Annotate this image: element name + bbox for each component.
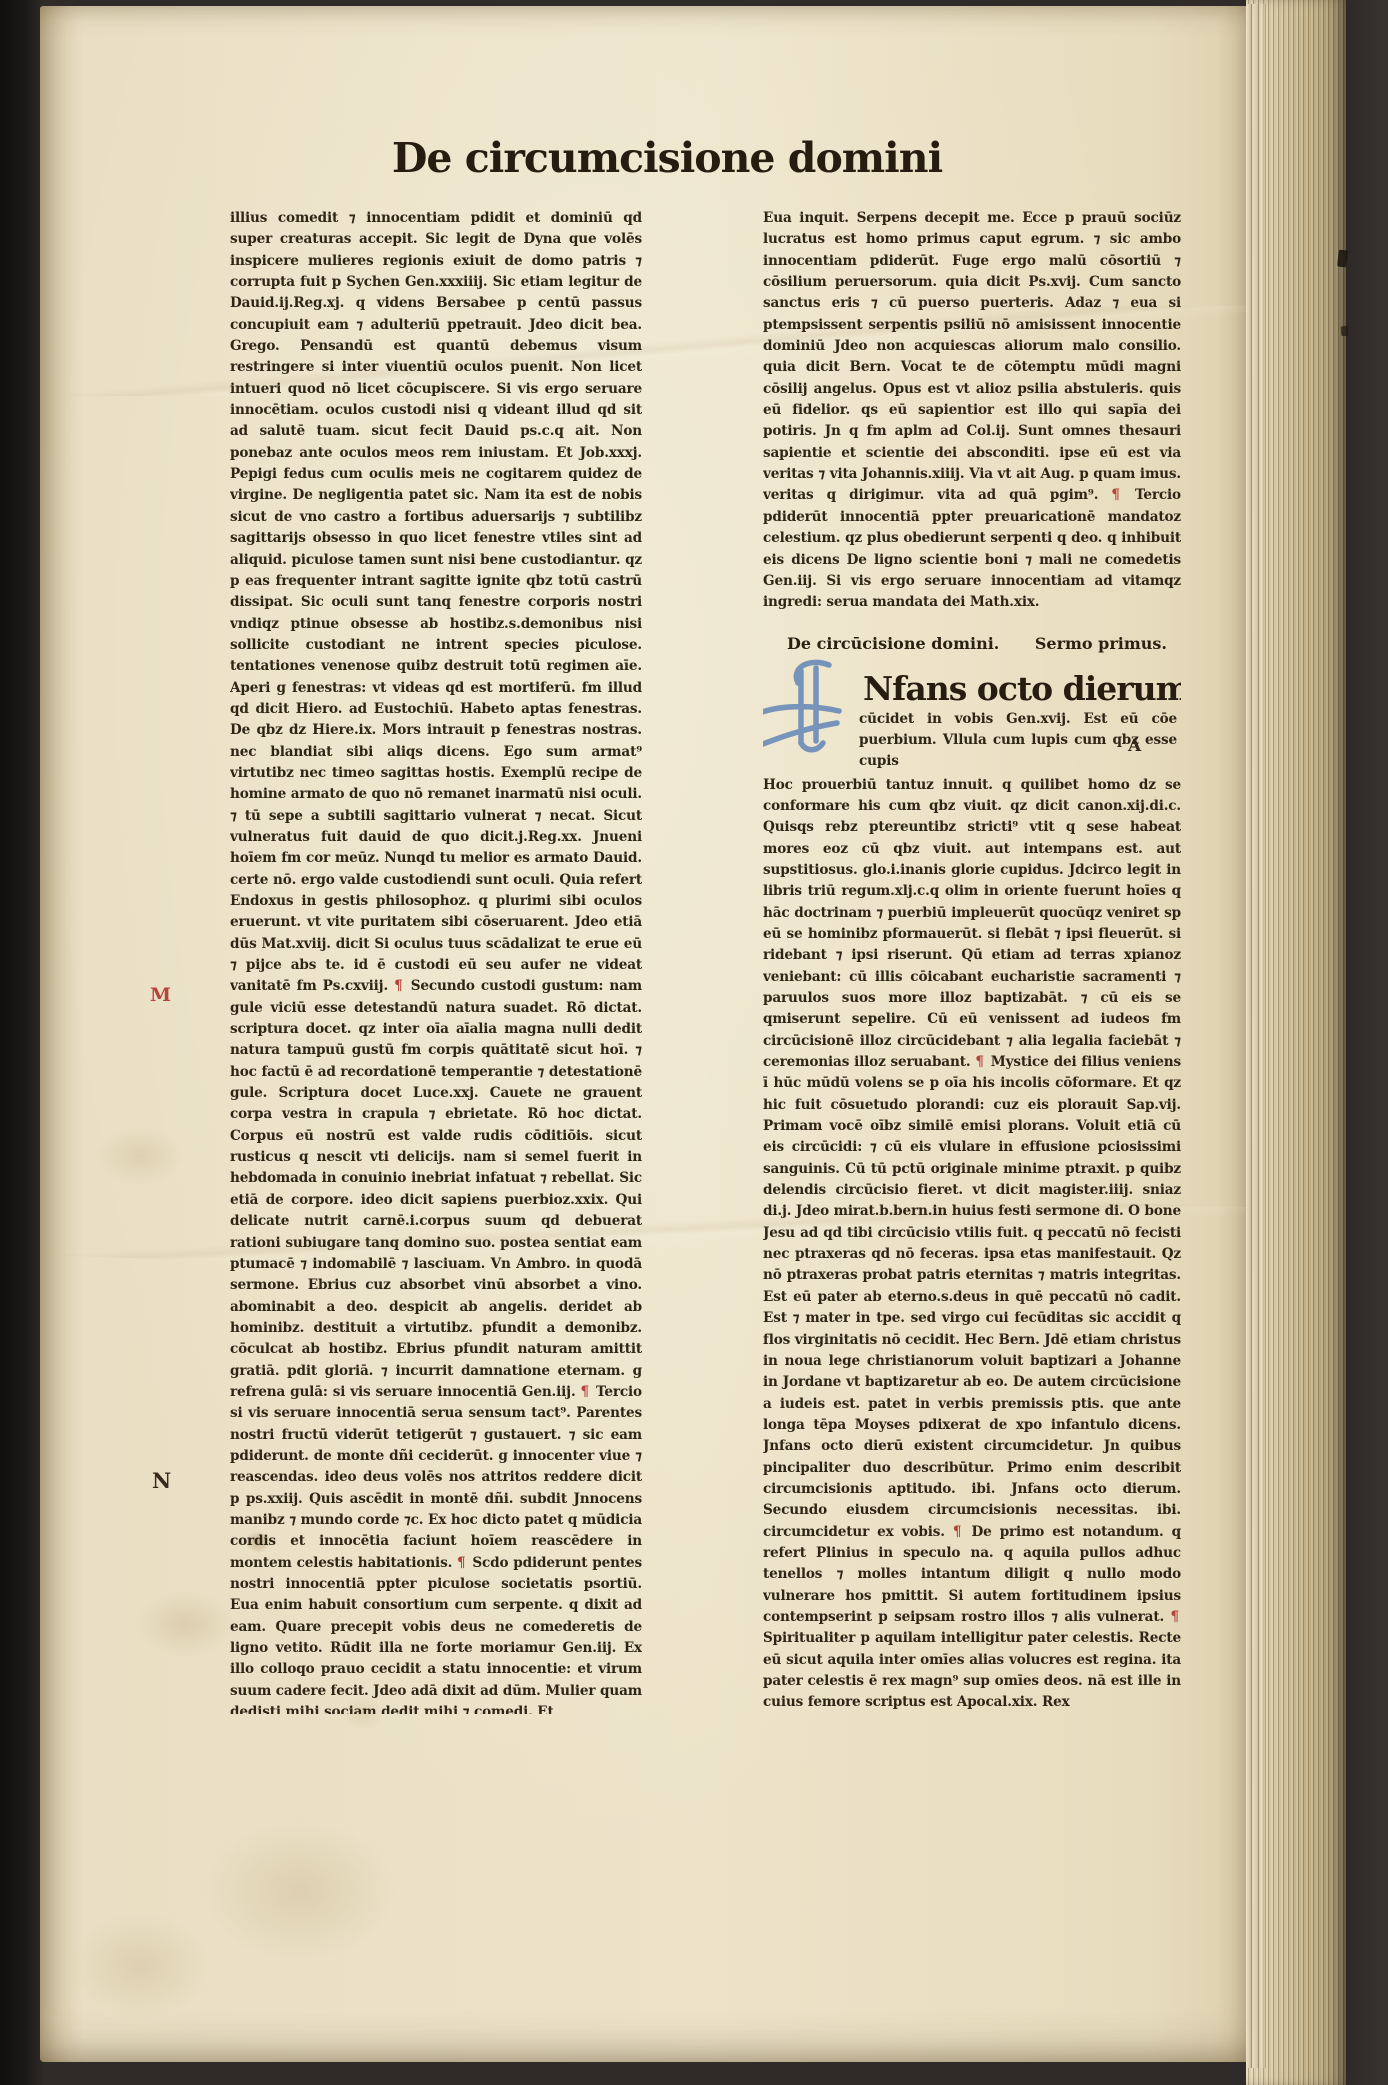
- manuscript-initial-icon: [763, 653, 881, 773]
- edge-ink-mark: [1341, 326, 1349, 336]
- pilcrow-mark: ¶: [581, 1384, 592, 1400]
- foxing-stain: [135, 1591, 235, 1657]
- pilcrow-mark: ¶: [394, 978, 405, 994]
- pilcrow-mark: ¶: [953, 1524, 964, 1540]
- pilcrow-mark: ¶: [457, 1555, 468, 1571]
- sermon-heading-number: Sermo primus.: [1035, 634, 1167, 653]
- sermon-opening: Nfans octo dierum cir cūcidet in vobis G…: [763, 669, 1181, 773]
- text-segment: Eua inquit. Serpens decepit me. Ecce p p…: [763, 210, 1181, 503]
- book-fore-edge: [1246, 0, 1346, 2085]
- column-text: Eua inquit. Serpens decepit me. Ecce p p…: [763, 208, 1181, 614]
- foxing-stain: [70, 1911, 210, 2021]
- page-edge-sheet: [1253, 4, 1259, 2068]
- text-segment: Hoc prouerbiū tantuz innuit. q quilibet …: [763, 777, 1181, 1070]
- book-scan: De circumcisione domini illius comedit ⁊…: [0, 0, 1388, 2085]
- foxing-stain: [200, 1816, 400, 1966]
- pilcrow-mark: ¶: [975, 1054, 986, 1070]
- column-text: illius comedit ⁊ innocentiam pdidit et d…: [230, 208, 642, 1714]
- marginal-letter-a: A: [1128, 736, 1141, 756]
- page-title: De circumcisione domini: [192, 134, 1142, 182]
- edge-ink-mark: [1337, 250, 1348, 268]
- marginal-letter-m: M: [150, 984, 171, 1006]
- page-edge-sheet: [1246, 4, 1252, 2068]
- pilcrow-mark: ¶: [1111, 487, 1122, 503]
- sermon-heading-title: De circūcisione domini.: [787, 634, 999, 653]
- text-segment: Secundo custodi gustum: nam gule viciū e…: [230, 978, 642, 1400]
- text-column-left: illius comedit ⁊ innocentiam pdidit et d…: [230, 208, 642, 1714]
- text-segment: Spiritualiter p aquilam intelligitur pat…: [763, 1630, 1181, 1710]
- marginal-letter-n: N: [152, 1468, 171, 1493]
- pilcrow-mark: ¶: [1171, 1609, 1182, 1625]
- foxing-stain: [95, 1126, 185, 1186]
- background-right: [1342, 0, 1388, 2085]
- text-segment: Mystice dei filius veniens ī hūc mūdū vo…: [763, 1054, 1181, 1540]
- column-text: Hoc prouerbiū tantuz innuit. q quilibet …: [763, 775, 1181, 1714]
- page-edge-sheet: [1260, 4, 1266, 2068]
- text-segment: Tercio si vis seruare innocentiā serua s…: [230, 1384, 642, 1571]
- text-segment: Scdo pdiderunt pentes nostri innocentiā …: [230, 1555, 642, 1714]
- text-segment: illius comedit ⁊ innocentiam pdidit et d…: [230, 210, 642, 994]
- gutter-shadow-left: [0, 0, 44, 2085]
- text-segment: Tercio pdiderūt innocentiā ppter preuari…: [763, 487, 1181, 610]
- text-column-right: Eua inquit. Serpens decepit me. Ecce p p…: [763, 208, 1181, 1720]
- sermon-incipit-large: Nfans octo dierum cir: [863, 669, 1181, 709]
